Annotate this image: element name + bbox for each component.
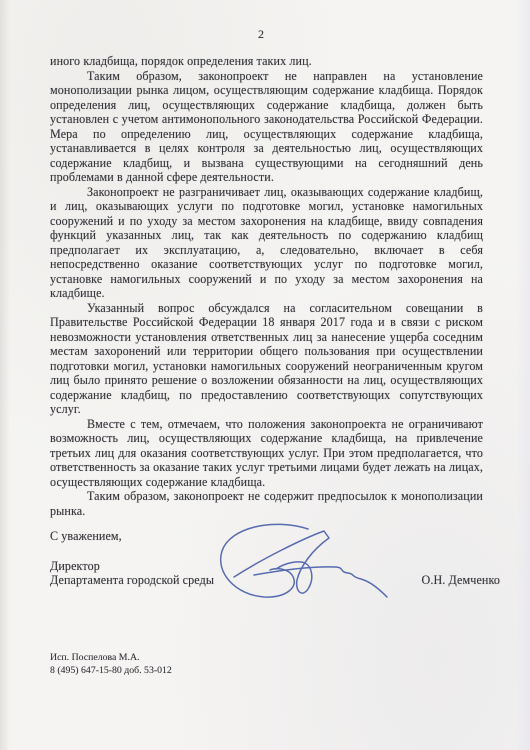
scanned-letter-page: 2 иного кладбища, порядок определения та… (0, 0, 530, 750)
closing-salutation: С уважением, (50, 529, 483, 544)
signature-block: Директор Департамента городской среды О.… (50, 559, 483, 588)
body-paragraph: Законопроект не разграничивает лиц, оказ… (50, 185, 483, 301)
body-paragraph: Указанный вопрос обсуждался на согласите… (50, 301, 483, 417)
signer-title: Директор Департамента городской среды (50, 559, 214, 588)
page-number: 2 (0, 27, 522, 42)
body-paragraph: Вместе с тем, отмечаем, что положения за… (50, 417, 483, 490)
letter-body: иного кладбища, порядок определения таки… (50, 54, 483, 588)
body-paragraph: иного кладбища, порядок определения таки… (50, 54, 483, 69)
signer-name: О.Н. Демченко (422, 573, 501, 588)
body-paragraph: Таким образом, законопроект не направлен… (50, 69, 483, 185)
body-paragraph: Таким образом, законопроект не содержит … (50, 489, 483, 518)
executor-phone: 8 (495) 647-15-80 доб. 53-012 (50, 664, 172, 677)
signer-title-line1: Директор (50, 559, 214, 574)
signer-title-line2: Департамента городской среды (50, 573, 214, 588)
executor-name: Исп. Поспелова М.А. (50, 651, 172, 664)
executor-footer: Исп. Поспелова М.А. 8 (495) 647-15-80 до… (50, 651, 172, 677)
